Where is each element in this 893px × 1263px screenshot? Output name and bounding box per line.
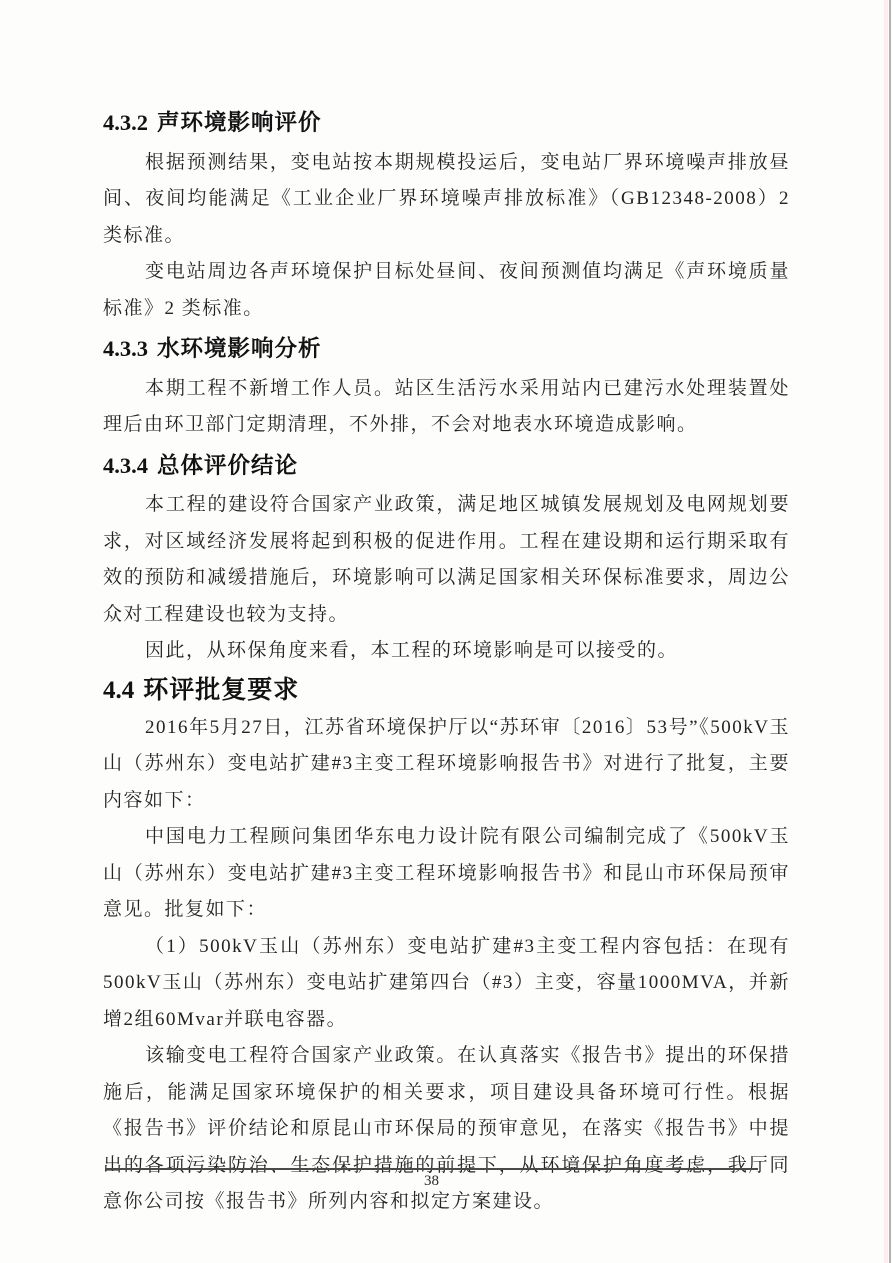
document-page: 4.3.2声环境影响评价 根据预测结果，变电站按本期规模投运后，变电站厂界环境噪…	[0, 0, 893, 1263]
paragraph: 本期工程不新增工作人员。站区生活污水采用站内已建污水处理装置处理后由环卫部门定期…	[103, 371, 790, 444]
section-title: 水环境影响分析	[157, 336, 322, 361]
page-number: 38	[105, 1172, 758, 1190]
footer-divider	[105, 1168, 758, 1170]
paragraph: 中国电力工程顾问集团华东电力设计院有限公司编制完成了《500kV玉山（苏州东）变…	[103, 819, 790, 929]
document-body: 4.3.2声环境影响评价 根据预测结果，变电站按本期规模投运后，变电站厂界环境噪…	[103, 0, 790, 1221]
paragraph: 因此，从环保角度来看，本工程的环境影响是可以接受的。	[103, 633, 790, 670]
paragraph: 本工程的建设符合国家产业政策，满足地区城镇发展规划及电网规划要求，对区域经济发展…	[103, 487, 790, 633]
paragraph: 根据预测结果，变电站按本期规模投运后，变电站厂界环境噪声排放昼间、夜间均能满足《…	[103, 145, 790, 255]
section-number: 4.3.2	[103, 110, 148, 135]
section-heading-4-3-3: 4.3.3水环境影响分析	[103, 331, 790, 368]
section-number: 4.3.4	[103, 453, 148, 478]
section-title: 总体评价结论	[157, 453, 298, 478]
section-heading-4-4: 4.4环评批复要求	[103, 672, 790, 709]
section-title: 声环境影响评价	[157, 110, 322, 135]
section-title: 环评批复要求	[143, 676, 299, 704]
paragraph: 变电站周边各声环境保护目标处昼间、夜间预测值均满足《声环境质量标准》2 类标准。	[103, 254, 790, 327]
paragraph: 2016年5月27日，江苏省环境保护厅以“苏环审〔2016〕53号”《500kV…	[103, 710, 790, 820]
section-number: 4.4	[103, 677, 134, 704]
paragraph: 该输变电工程符合国家产业政策。在认真落实《报告书》提出的环保措施后，能满足国家环…	[103, 1038, 790, 1221]
scan-edge-artifact-gray	[889, 0, 891, 1263]
scan-edge-artifact-pink	[884, 0, 888, 1263]
section-heading-4-3-2: 4.3.2声环境影响评价	[103, 105, 790, 142]
section-number: 4.3.3	[103, 336, 148, 361]
section-heading-4-3-4: 4.3.4总体评价结论	[103, 448, 790, 485]
paragraph: （1）500kV玉山（苏州东）变电站扩建#3主变工程内容包括：在现有500kV玉…	[103, 929, 790, 1039]
